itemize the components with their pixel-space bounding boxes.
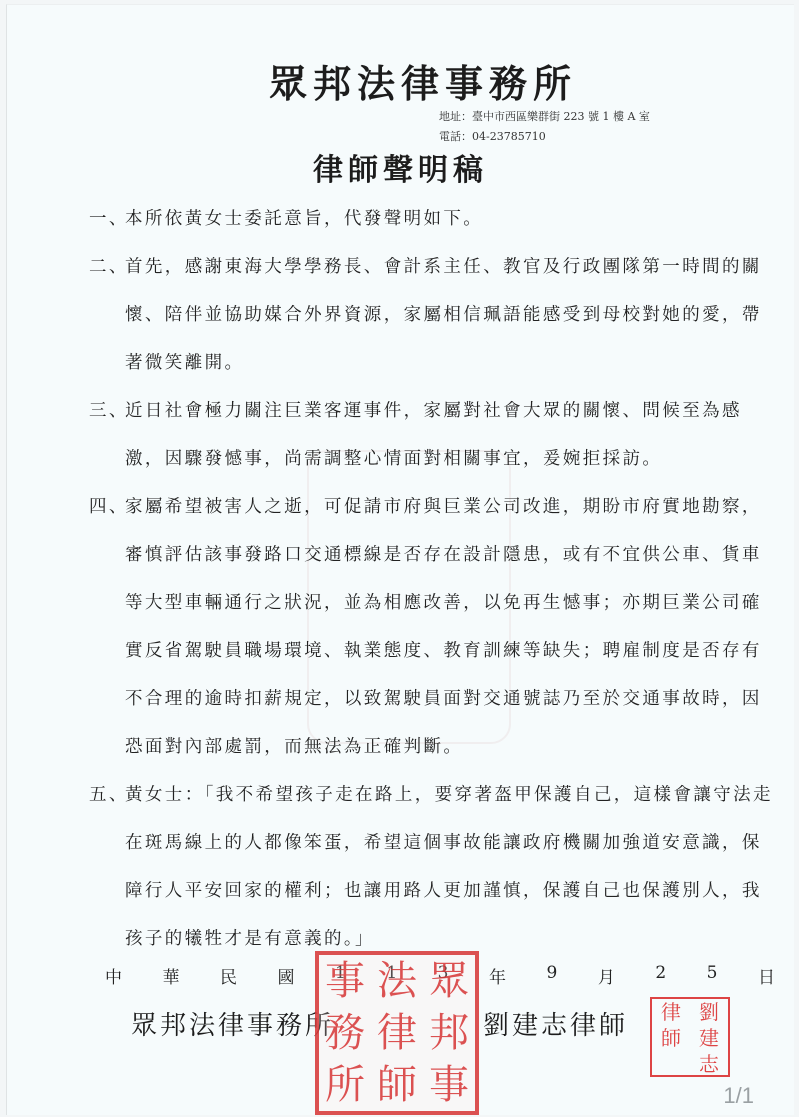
date-char: 月 [598, 963, 615, 988]
date-char: 年 [489, 963, 506, 988]
firm-red-seal: 事 法 眾 務 律 邦 所 師 事 [315, 951, 479, 1115]
paragraph-number: 五、 [89, 771, 129, 819]
date-month: 9 [546, 963, 557, 988]
firm-phone: 電話：04-23785710 [439, 127, 650, 147]
lawyer-red-seal: 律 師 劉 建 志 [650, 997, 730, 1077]
date-char: 日 [758, 963, 775, 988]
seal-char: 律 [652, 999, 690, 1025]
firm-address: 地址：臺中市西區樂群街 223 號 1 樓 A 室 [439, 107, 650, 127]
date-day-digit: 5 [707, 963, 718, 988]
statement-paragraph-2: 二、 首先，感謝東海大學學務長、會計系主任、教官及行政團隊第一時間的關懷、陪伴並… [89, 243, 779, 387]
paragraph-number: 三、 [89, 387, 129, 435]
seal-char: 律 [371, 1007, 423, 1059]
firm-letterhead-title: 眾邦法律事務所 [269, 53, 577, 108]
document-page: 眾邦法律事務所 地址：臺中市西區樂群街 223 號 1 樓 A 室 電話：04-… [6, 4, 794, 1115]
document-title: 律師聲明稿 [7, 145, 794, 189]
page-indicator: 1/1 [723, 1083, 754, 1109]
date-char: 國 [278, 963, 295, 988]
seal-char: 事 [423, 1059, 475, 1111]
paragraph-text: 近日社會極力關注巨業客運事件，家屬對社會大眾的關懷、問候至為感激，因驟發憾事，尚… [125, 387, 779, 483]
statement-paragraph-3: 三、 近日社會極力關注巨業客運事件，家屬對社會大眾的關懷、問候至為感激，因驟發憾… [89, 387, 779, 483]
seal-char [652, 1051, 690, 1077]
paragraph-text: 黃女士：「我不希望孩子走在路上，要穿著盔甲保護自己，這樣會讓守法走在斑馬線上的人… [125, 771, 779, 963]
firm-contact-block: 地址：臺中市西區樂群街 223 號 1 樓 A 室 電話：04-23785710 [439, 107, 650, 147]
date-day-digit: 2 [655, 963, 666, 988]
seal-char: 所 [319, 1059, 371, 1111]
signature-lawyer-name: 劉建志律師 [483, 1005, 628, 1042]
seal-char: 志 [690, 1051, 728, 1077]
statement-paragraph-5: 五、 黃女士：「我不希望孩子走在路上，要穿著盔甲保護自己，這樣會讓守法走在斑馬線… [89, 771, 779, 963]
statement-paragraph-4: 四、 家屬希望被害人之逝，可促請市府與巨業公司改進，期盼市府實地勘察，審慎評估該… [89, 483, 779, 771]
seal-char: 劉 [690, 999, 728, 1025]
seal-char: 師 [652, 1025, 690, 1051]
statement-body: 一、 本所依黃女士委託意旨，代發聲明如下。 二、 首先，感謝東海大學學務長、會計… [89, 195, 779, 963]
date-char: 民 [220, 963, 237, 988]
paragraph-text: 首先，感謝東海大學學務長、會計系主任、教官及行政團隊第一時間的關懷、陪伴並協助媒… [125, 243, 779, 387]
seal-char: 師 [371, 1059, 423, 1111]
paragraph-text: 家屬希望被害人之逝，可促請市府與巨業公司改進，期盼市府實地勘察，審慎評估該事發路… [125, 483, 779, 771]
seal-char: 法 [371, 955, 423, 1007]
seal-char: 建 [690, 1025, 728, 1051]
paragraph-number: 二、 [89, 243, 129, 291]
seal-char: 務 [319, 1007, 371, 1059]
seal-char: 邦 [423, 1007, 475, 1059]
statement-paragraph-1: 一、 本所依黃女士委託意旨，代發聲明如下。 [89, 195, 779, 243]
seal-char: 眾 [423, 955, 475, 1007]
date-char: 華 [163, 963, 180, 988]
paragraph-number: 一、 [89, 195, 129, 243]
seal-char: 事 [319, 955, 371, 1007]
paragraph-number: 四、 [89, 483, 129, 531]
signature-firm-name: 眾邦法律事務所 [131, 1005, 334, 1042]
date-char: 中 [105, 963, 122, 988]
paragraph-text: 本所依黃女士委託意旨，代發聲明如下。 [125, 195, 779, 243]
